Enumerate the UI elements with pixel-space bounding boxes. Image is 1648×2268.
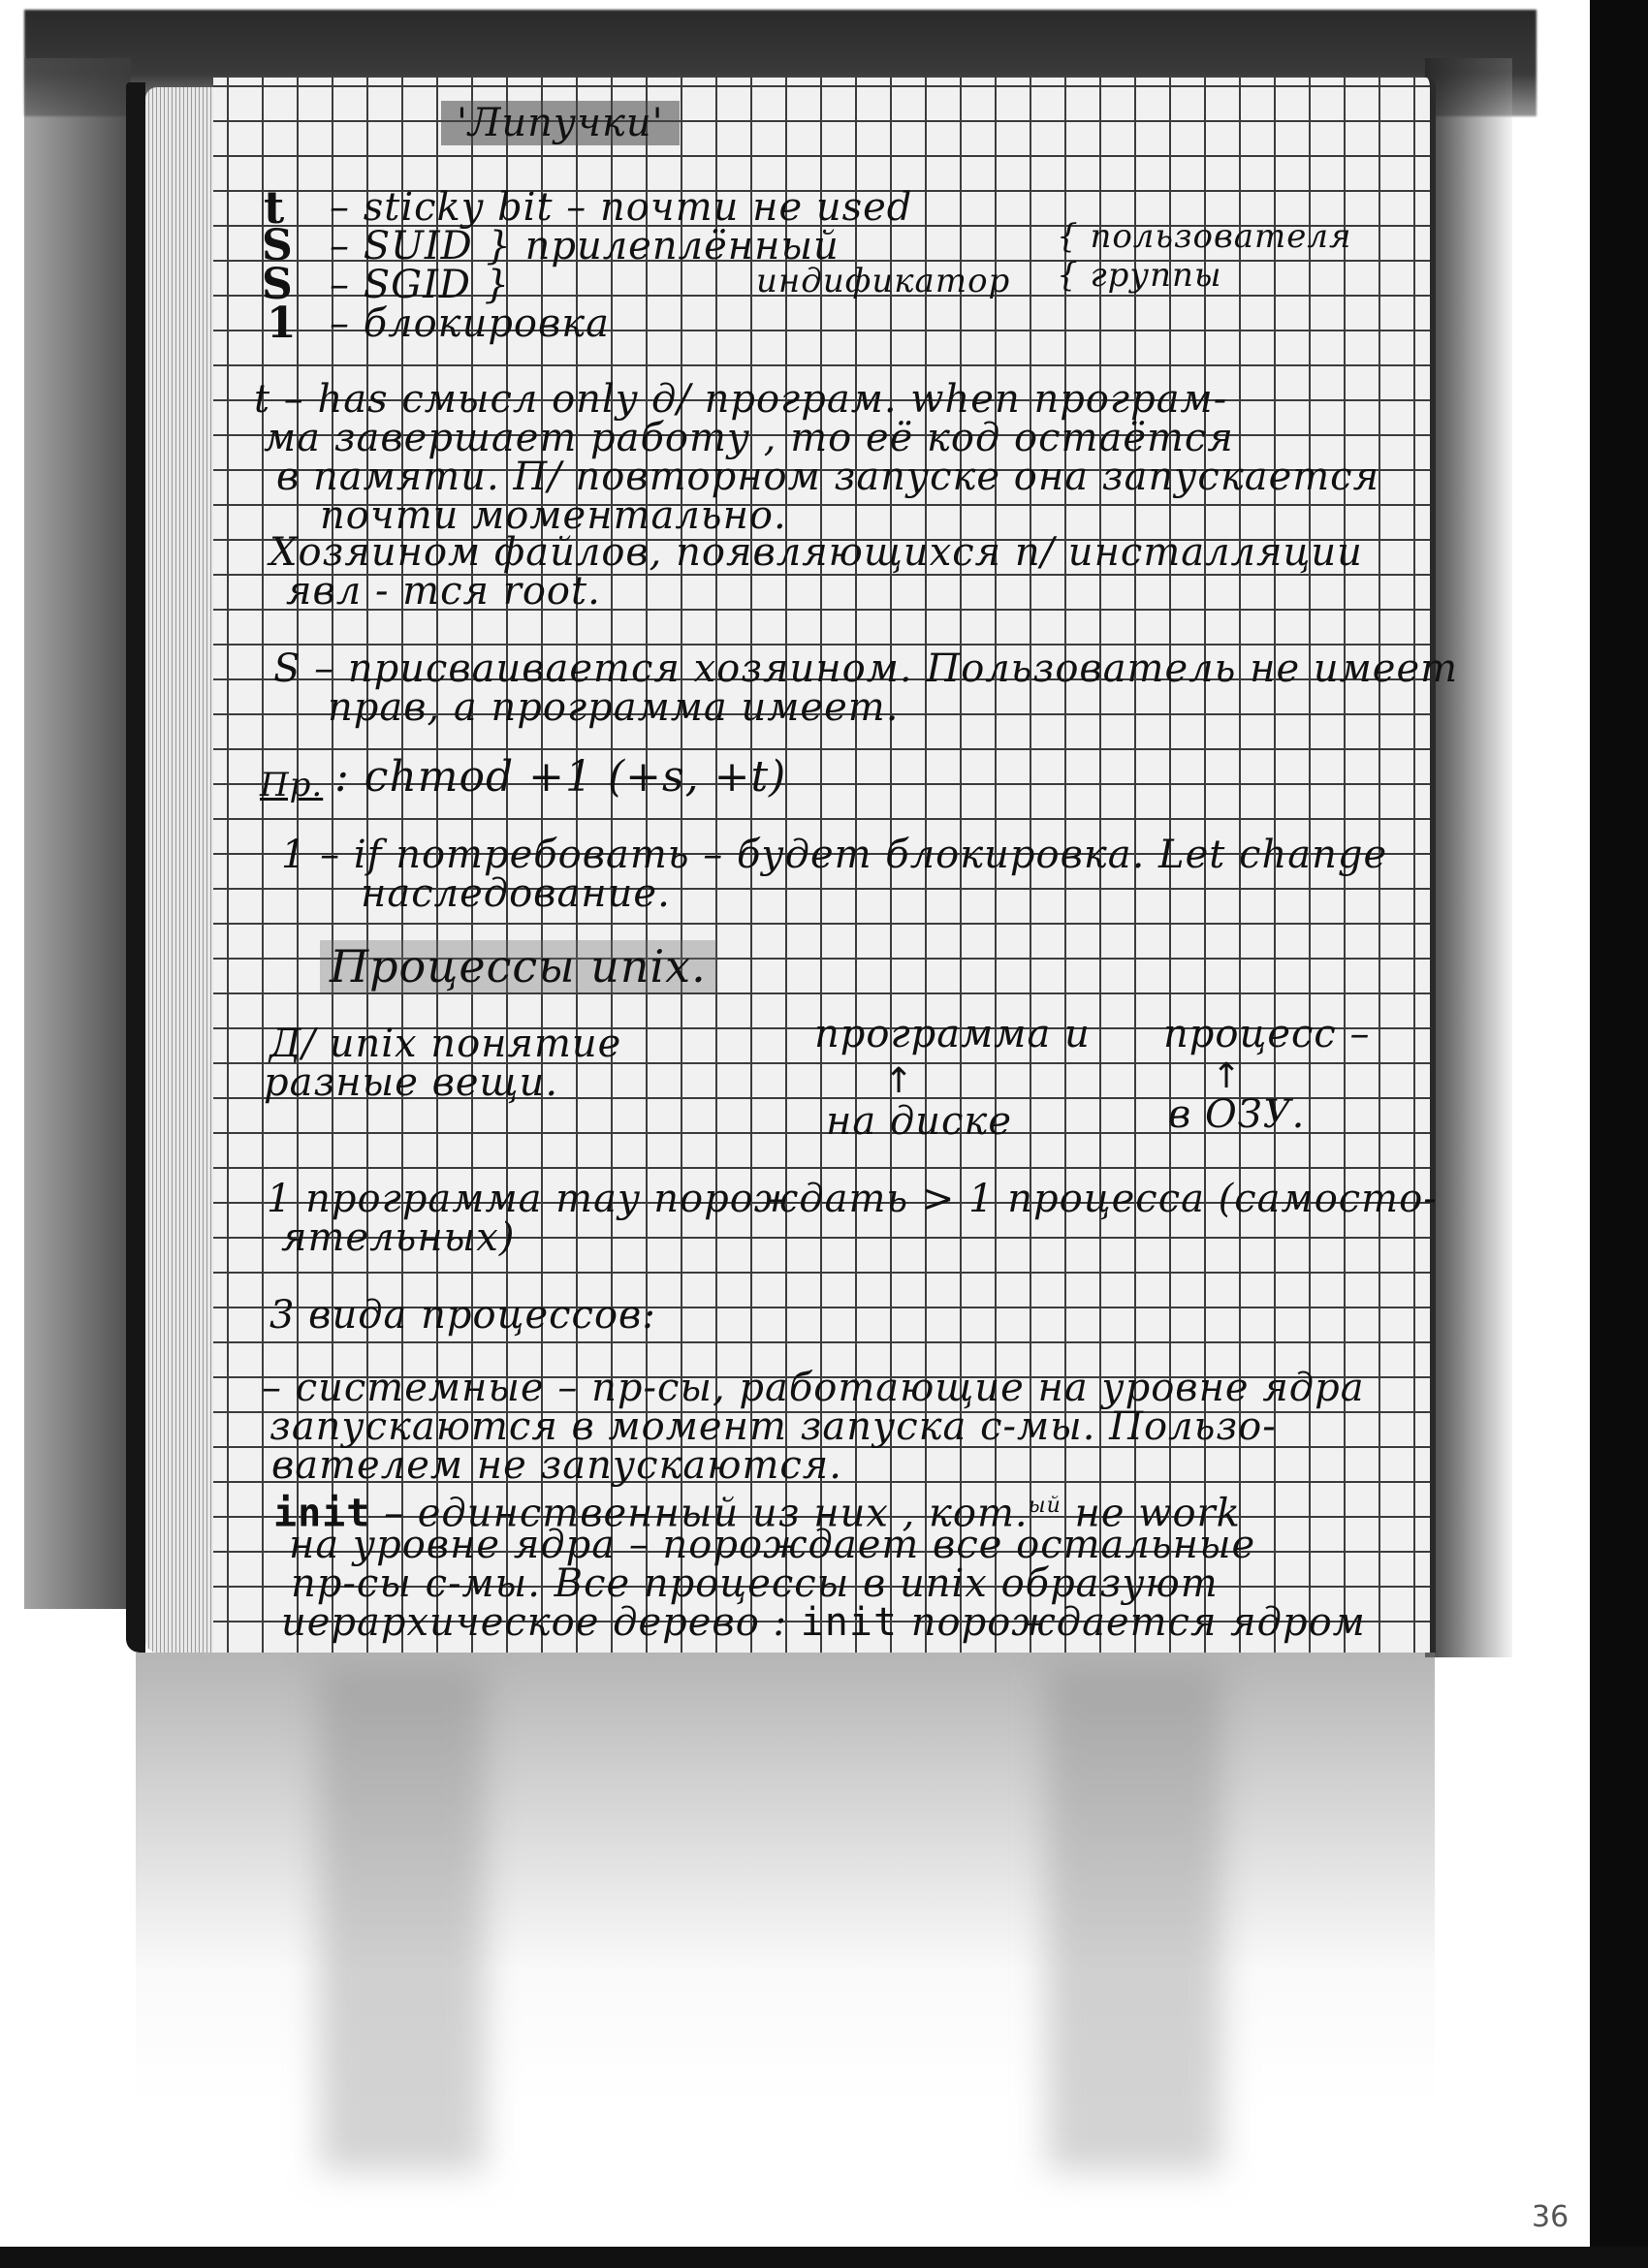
sticky-bit-paragraph-line: в памяти. П/ повторном запуске она запус… <box>276 456 1379 498</box>
section-title-lipuchki: 'Липучки' <box>441 102 680 144</box>
suid-paragraph-line: прав, а программа имеет. <box>328 686 899 729</box>
annotation-on-disk: на диске <box>826 1100 1012 1143</box>
program-spawns-line: ятельных) <box>281 1216 515 1259</box>
system-processes-line: иерархическое дерево : init порождается … <box>281 1601 1366 1644</box>
arrow-up-icon: ↑ <box>884 1061 913 1101</box>
flag-sgid-description: – SGID } <box>330 264 510 306</box>
system-processes-line: на уровне ядра – порождает все остальные <box>289 1524 1255 1566</box>
bracket-option-group: { группы <box>1057 254 1222 297</box>
program-process-line: разные вещи. <box>264 1061 558 1104</box>
bracket-option-user: { пользователя <box>1057 215 1352 258</box>
owner-paragraph-line: явл - тся root. <box>286 570 601 613</box>
system-processes-line: пр-сы с-мы. Все процессы в unix образуют <box>291 1562 1219 1605</box>
bracket-label-identifier: индификатор <box>756 260 1010 302</box>
system-processes-line: вателем не запускаются. <box>271 1444 842 1487</box>
init-keyword: init <box>801 1600 898 1645</box>
process-types-heading: 3 вида процессов: <box>269 1294 656 1337</box>
handwriting-layer: 'Липучки' t – sticky bit – почти не used… <box>0 0 1648 2268</box>
system-processes-line: – системные – пр-сы, работающие на уровн… <box>262 1367 1365 1409</box>
lock-paragraph-line: наследование. <box>361 872 671 915</box>
program-process-line: процесс – <box>1163 1013 1371 1055</box>
sticky-bit-paragraph-line: ма завершает работу , то её код остаётся <box>264 417 1234 459</box>
flag-lock-description: – блокировка <box>330 302 610 345</box>
program-process-line: Д/ unix понятие <box>269 1023 621 1065</box>
arrow-up-icon: ↑ <box>1212 1056 1241 1096</box>
program-process-line: программа и <box>814 1013 1091 1055</box>
flag-t-description: – sticky bit – почти не used <box>330 186 912 229</box>
page-number: 36 <box>1532 2200 1569 2234</box>
system-processes-line: запускаются в момент запуска с-мы. Польз… <box>269 1405 1277 1448</box>
owner-paragraph-line: Хозяином файлов, появляющихся п/ инсталл… <box>269 531 1363 574</box>
example-label: Пр. <box>260 764 323 806</box>
section-title-unix-processes: Процессы unix. <box>320 945 716 988</box>
suid-paragraph-line: S – присваивается хозяином. Пользователь… <box>273 647 1458 690</box>
lock-paragraph-line: 1 – if потребовать – будет блокировка. L… <box>281 834 1387 876</box>
annotation-in-ram: в ОЗУ. <box>1168 1093 1305 1136</box>
example-chmod-command: : chmod +1 (+s, +t) <box>334 756 786 799</box>
flag-symbol-lock: 1 <box>267 302 298 345</box>
sticky-bit-paragraph-line: t – has смысл only д/ програм. when прог… <box>254 378 1227 421</box>
program-spawns-line: 1 программа may порождать > 1 процесса (… <box>267 1178 1438 1220</box>
